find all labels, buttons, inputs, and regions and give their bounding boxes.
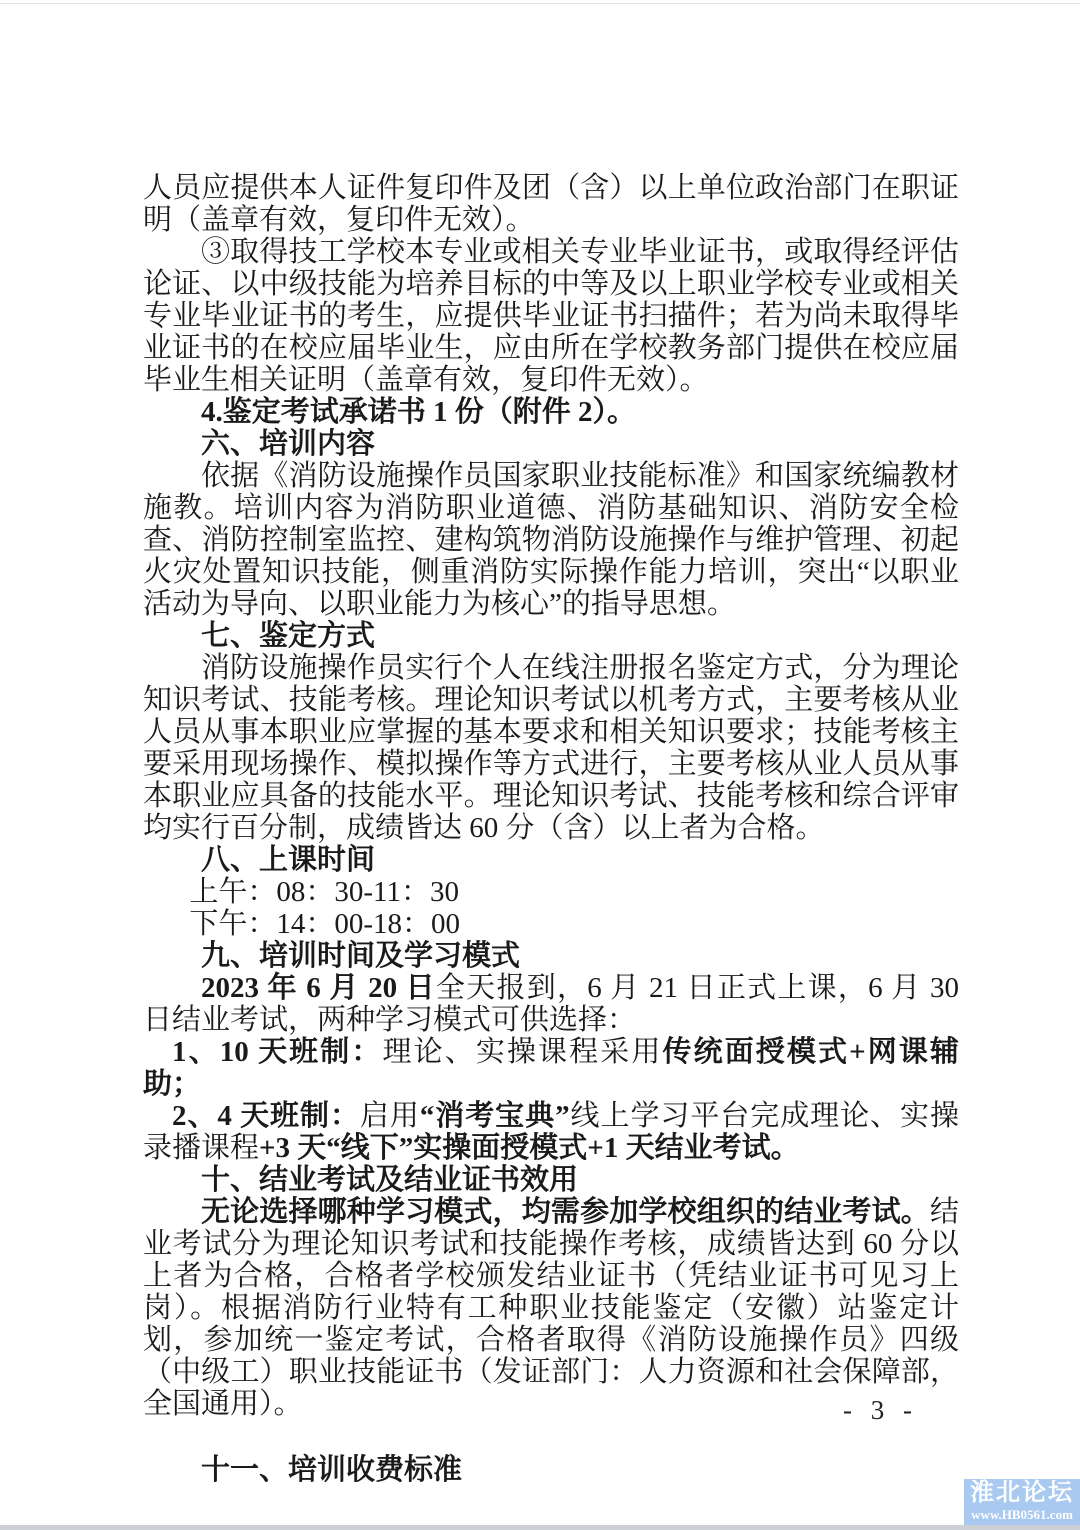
document-page: 人员应提供本人证件复印件及团（含）以上单位政治部门在职证明（盖章有效，复印件无效… [0, 0, 1080, 1530]
page-bottom-edge-strip [0, 1525, 1080, 1530]
section-heading: 六、培训内容 [143, 428, 959, 460]
paragraph: 上午：08：30-11：30 [143, 876, 959, 908]
paragraph: 1、10 天班制：理论、实操课程采用传统面授模式+网课辅助； [143, 1036, 959, 1100]
text-run: “消考宝典” [420, 1100, 570, 1132]
text-run: 下午：14：00-18：00 [189, 908, 460, 940]
page-top-edge-line [0, 3, 1080, 4]
text-run: 六、培训内容 [201, 428, 375, 460]
text-run: 七、鉴定方式 [201, 620, 375, 652]
text-run: 十一、培训收费标准 [201, 1454, 462, 1486]
paragraph: 2、4 天班制：启用“消考宝典”线上学习平台完成理论、实操录播课程+3 天“线下… [143, 1100, 959, 1164]
text-run: 十、结业考试及结业证书效用 [201, 1164, 578, 1196]
text-run: 1、10 天班制： [172, 1036, 383, 1068]
forum-watermark: 淮北论坛 www.HB0561.com [964, 1479, 1080, 1527]
section-heading: 十一、培训收费标准 [143, 1454, 959, 1486]
document-body: 人员应提供本人证件复印件及团（含）以上单位政治部门在职证明（盖章有效，复印件无效… [143, 172, 959, 1486]
text-run: 无论选择哪种学习模式，均需参加学校组织的结业考试。 [201, 1196, 930, 1228]
paragraph: 消防设施操作员实行个人在线注册报名鉴定方式，分为理论知识考试、技能考核。理论知识… [143, 652, 959, 844]
text-run: 消防设施操作员实行个人在线注册报名鉴定方式，分为理论知识考试、技能考核。理论知识… [143, 652, 959, 844]
text-run: 人员应提供本人证件复印件及团（含）以上单位政治部门在职证明（盖章有效，复印件无效… [143, 172, 959, 236]
text-run: 2、4 天班制： [172, 1100, 360, 1132]
paragraph: 无论选择哪种学习模式，均需参加学校组织的结业考试。结业考试分为理论知识考试和技能… [143, 1196, 959, 1420]
text-run: 启用 [360, 1100, 420, 1132]
text-run: 结业考试分为理论知识考试和技能操作考核，成绩皆达到 60 分以上者为合格，合格者… [143, 1196, 959, 1420]
paragraph: 2023 年 6 月 20 日全天报到，6 月 21 日正式上课，6 月 30 … [143, 972, 959, 1036]
forum-watermark-url: www.HB0561.com [964, 1507, 1080, 1523]
text-run: 2023 年 6 月 20 日 [201, 972, 436, 1004]
text-run: 八、上课时间 [201, 844, 375, 876]
text-run: 九、培训时间及学习模式 [201, 940, 520, 972]
paragraph: 4.鉴定考试承诺书 1 份（附件 2）。 [143, 396, 959, 428]
text-run: 依据《消防设施操作员国家职业技能标准》和国家统编教材施教。培训内容为消防职业道德… [143, 460, 959, 620]
paragraph: 下午：14：00-18：00 [143, 908, 959, 940]
section-heading: 七、鉴定方式 [143, 620, 959, 652]
section-heading: 八、上课时间 [143, 844, 959, 876]
text-run: 4.鉴定考试承诺书 1 份（附件 2）。 [201, 396, 636, 428]
footer-page-number: - 3 - [843, 1395, 918, 1426]
paragraph: 人员应提供本人证件复印件及团（含）以上单位政治部门在职证明（盖章有效，复印件无效… [143, 172, 959, 236]
section-heading: 十、结业考试及结业证书效用 [143, 1164, 959, 1196]
text-run: +3 天“线下”实操面授模式+1 天结业考试。 [259, 1132, 800, 1164]
text-run: 理论、实操课程采用 [383, 1036, 663, 1068]
text-run: 上午：08：30-11：30 [189, 876, 459, 908]
paragraph: 依据《消防设施操作员国家职业技能标准》和国家统编教材施教。培训内容为消防职业道德… [143, 460, 959, 620]
forum-watermark-title: 淮北论坛 [964, 1479, 1080, 1507]
section-heading: 九、培训时间及学习模式 [143, 940, 959, 972]
paragraph: ③取得技工学校本专业或相关专业毕业证书，或取得经评估论证、以中级技能为培养目标的… [143, 236, 959, 396]
text-run: ③取得技工学校本专业或相关专业毕业证书，或取得经评估论证、以中级技能为培养目标的… [143, 236, 959, 396]
